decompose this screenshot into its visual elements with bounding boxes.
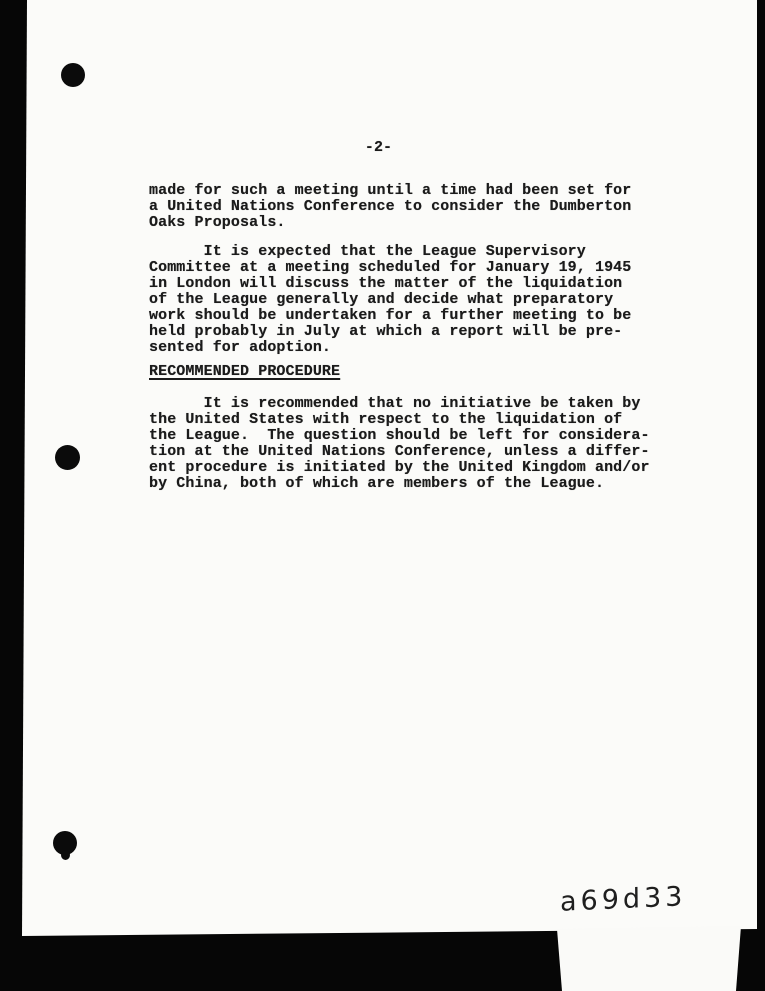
paragraph-expected-meeting: It is expected that the League Superviso…: [149, 244, 709, 356]
paragraph-recommendation: It is recommended that no initiative be …: [149, 396, 709, 492]
paragraph-continuation: made for such a meeting until a time had…: [149, 183, 709, 231]
handwritten-annotation: a69d33: [560, 881, 687, 918]
hole-punch-mark-top: [61, 63, 85, 87]
scanned-document: -2- made for such a meeting until a time…: [0, 0, 765, 991]
page-number: -2-: [0, 140, 757, 156]
hole-punch-mark-bottom-tail: [61, 850, 70, 860]
document-page: -2- made for such a meeting until a time…: [0, 0, 765, 991]
section-heading: RECOMMENDED PROCEDURE: [149, 364, 340, 380]
hole-punch-mark-middle: [55, 445, 80, 470]
